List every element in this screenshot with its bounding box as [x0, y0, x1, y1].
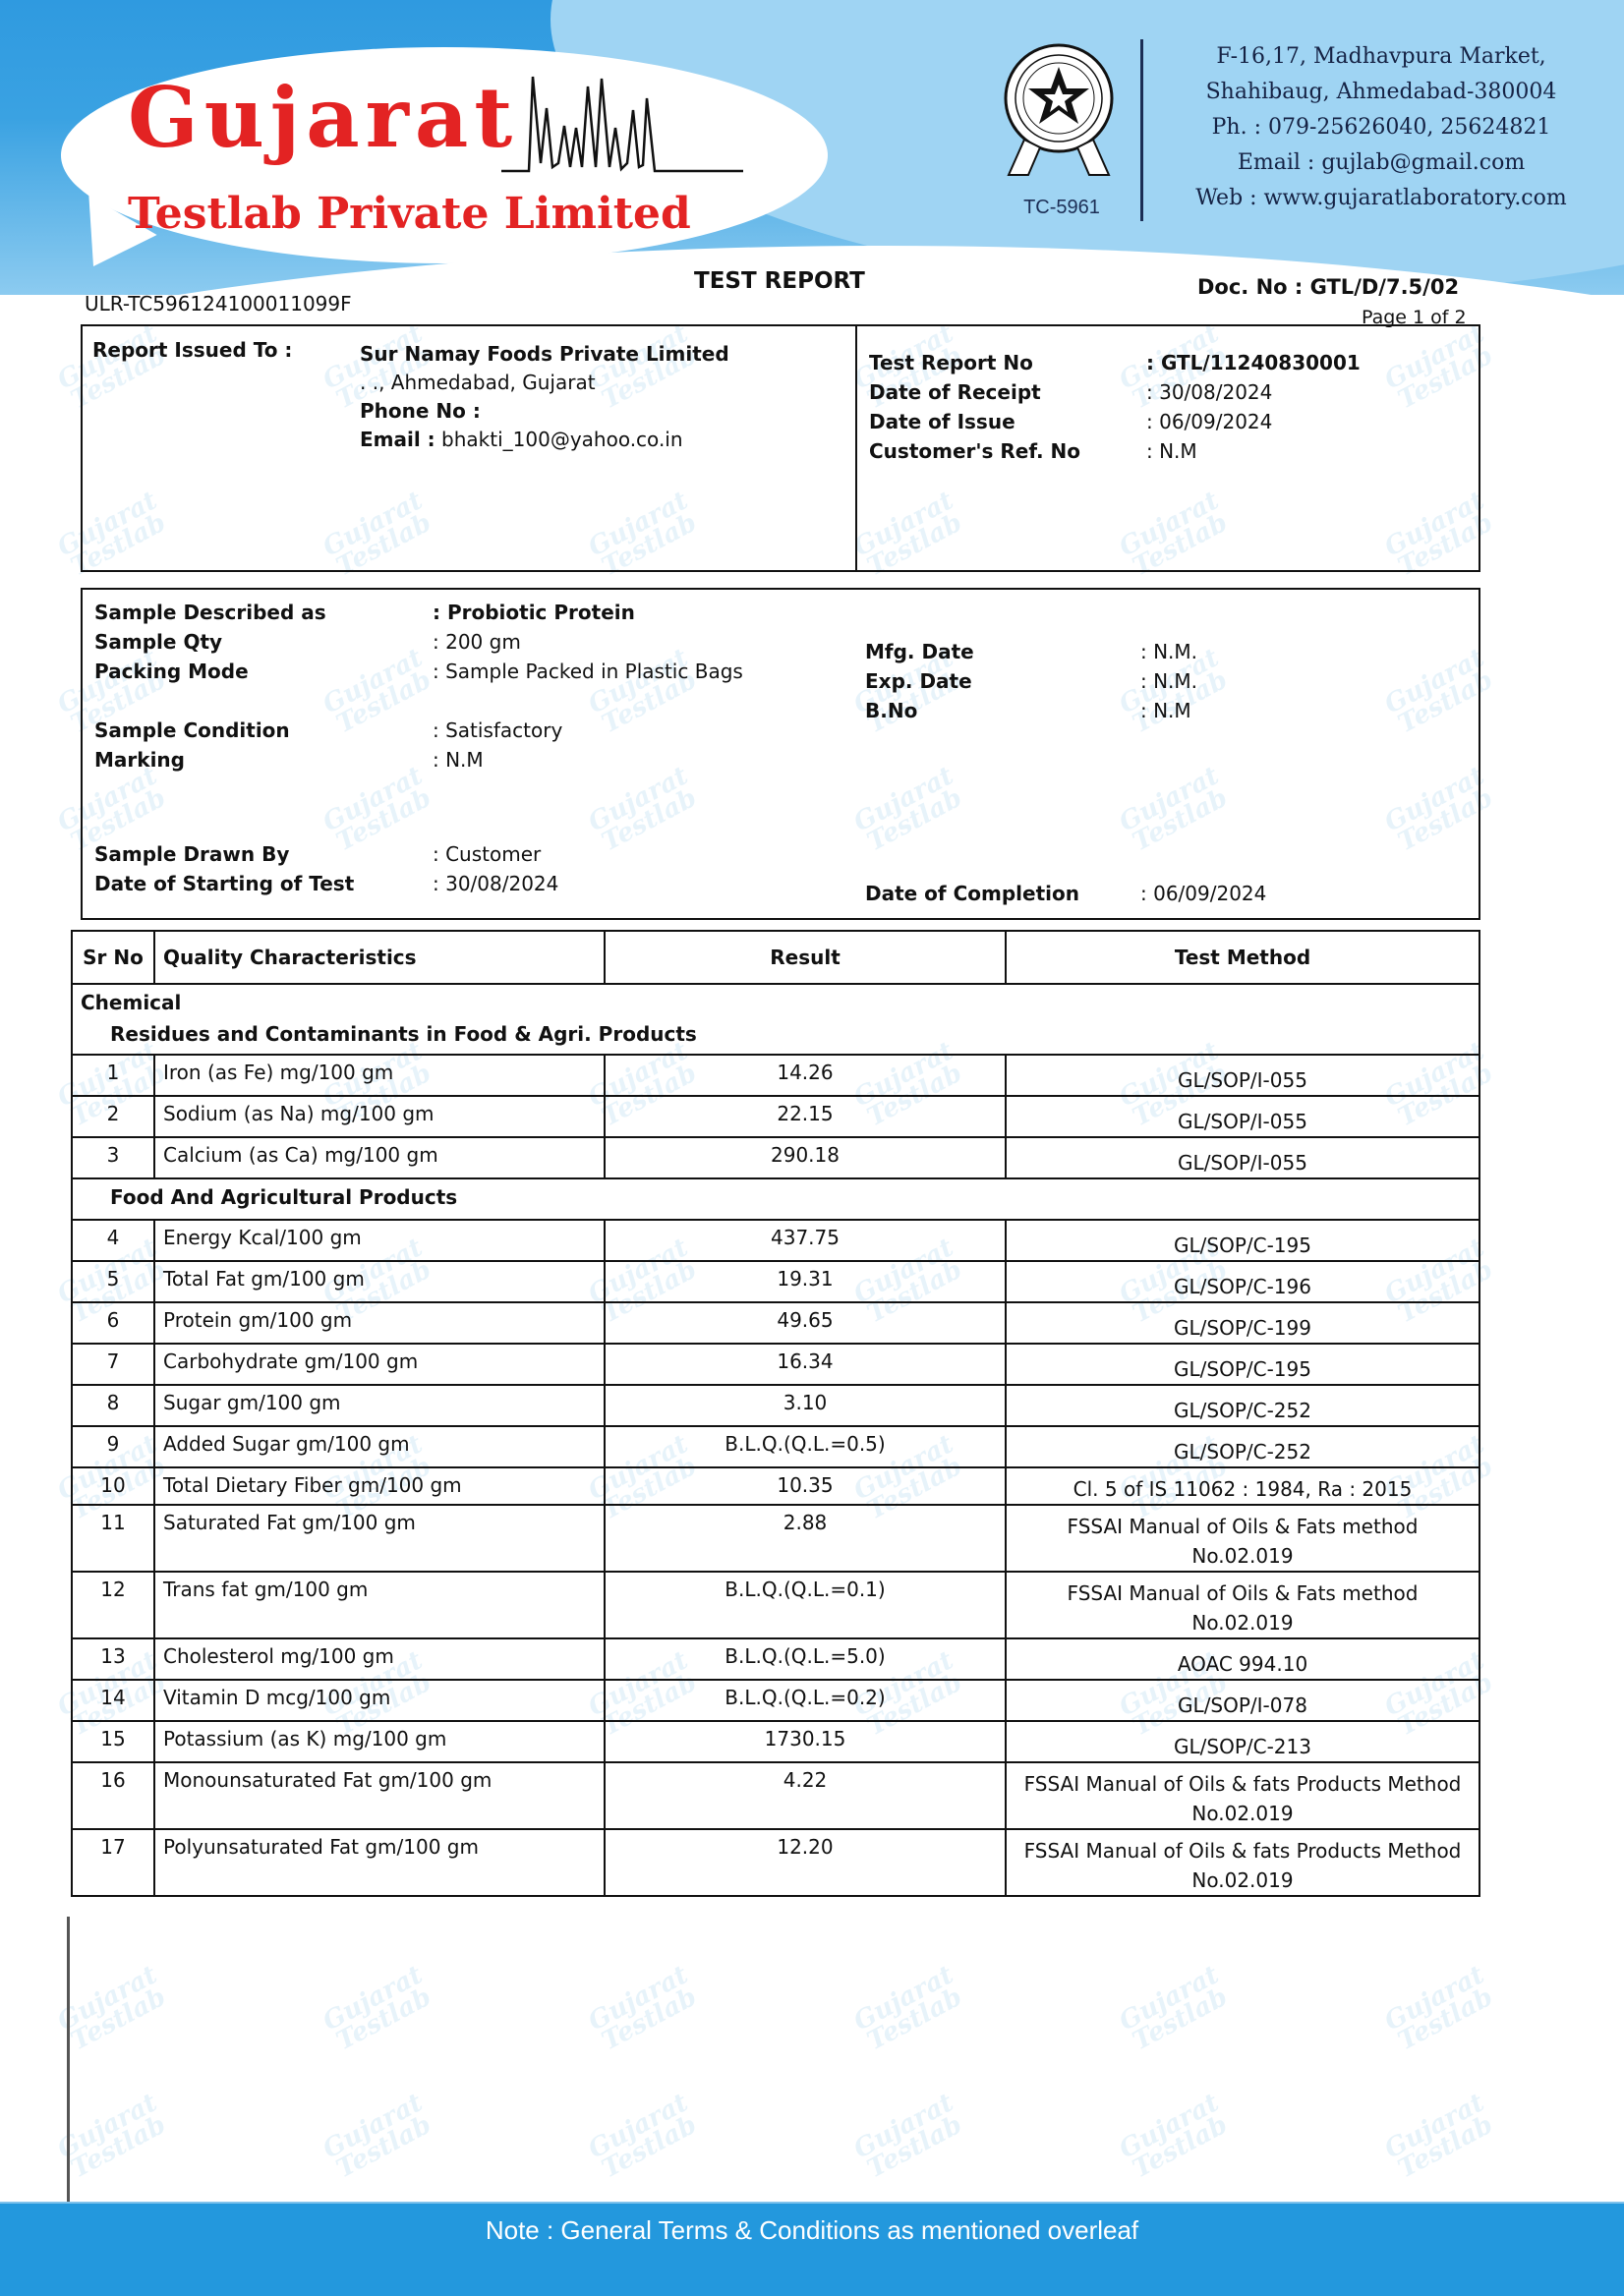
customer-phone-label: Phone No :	[360, 399, 481, 423]
issued-to-details: Sur Namay Foods Private Limited . ., Ahm…	[360, 340, 729, 454]
watermark: GujaratTestlab	[850, 1963, 968, 2055]
sample-described-label: Sample Described as	[94, 598, 433, 627]
sr-no-cell: 7	[72, 1344, 154, 1385]
exp-date-label: Exp. Date	[865, 666, 1140, 696]
watermark-line2: Testlab	[1127, 1983, 1233, 2055]
sr-no-cell: 11	[72, 1505, 154, 1572]
sample-condition-value: : Satisfactory	[433, 716, 743, 745]
sr-no-cell: 10	[72, 1467, 154, 1505]
watermark-line1: Gujarat	[1116, 2091, 1222, 2162]
watermark-line2: Testlab	[861, 2111, 967, 2183]
report-info-label: Date of Receipt	[869, 377, 1146, 407]
table-row: 14Vitamin D mcg/100 gmB.L.Q.(Q.L.=0.2)GL…	[72, 1680, 1479, 1721]
watermark-line2: Testlab	[1392, 1983, 1498, 2055]
lab-contact-block: F-16,17, Madhavpura Market, Shahibaug, A…	[1165, 39, 1597, 216]
watermark-line1: Gujarat	[54, 2091, 160, 2162]
watermark-line1: Gujarat	[1381, 2091, 1487, 2162]
customer-address: . ., Ahmedabad, Gujarat	[360, 369, 729, 397]
start-date-value: : 30/08/2024	[433, 869, 558, 898]
result-cell: 1730.15	[605, 1721, 1006, 1762]
box-divider	[855, 326, 857, 570]
sample-qty-value: : 200 gm	[433, 627, 743, 657]
header-quality-characteristics: Quality Characteristics	[154, 931, 605, 984]
report-info-value: : N.M	[1146, 436, 1361, 466]
watermark: GujaratTestlab	[54, 1963, 172, 2055]
table-row: 12Trans fat gm/100 gmB.L.Q.(Q.L.=0.1)FSS…	[72, 1572, 1479, 1638]
parameter-cell: Sodium (as Na) mg/100 gm	[154, 1096, 605, 1137]
section-row: Chemical	[72, 984, 1479, 1018]
test-method-cell: GL/SOP/I-055	[1006, 1055, 1479, 1096]
result-cell: 12.20	[605, 1829, 1006, 1896]
report-info-grid: Test Report No: GTL/11240830001Date of R…	[869, 348, 1361, 466]
report-info-value: : 06/09/2024	[1146, 407, 1361, 436]
watermark-line1: Gujarat	[1381, 1963, 1487, 2035]
parameter-cell: Sugar gm/100 gm	[154, 1385, 605, 1426]
parameter-cell: Monounsaturated Fat gm/100 gm	[154, 1762, 605, 1829]
watermark: GujaratTestlab	[1381, 2091, 1499, 2183]
start-date-label: Date of Starting of Test	[94, 869, 433, 898]
ulr-number: ULR-TC596124100011099F	[85, 292, 352, 316]
customer-phone: Phone No :	[360, 397, 729, 426]
nabl-accreditation-seal-icon	[995, 41, 1123, 179]
report-info-label: Customer's Ref. No	[869, 436, 1146, 466]
result-cell: 22.15	[605, 1096, 1006, 1137]
result-cell: 16.34	[605, 1344, 1006, 1385]
mfg-date-label: Mfg. Date	[865, 637, 1140, 666]
section-chemical: Chemical	[72, 984, 1479, 1018]
customer-email-value[interactable]: bhakti_100@yahoo.co.in	[441, 428, 683, 451]
lab-phone: Ph. : 079-25626040, 25624821	[1165, 110, 1597, 145]
watermark-line2: Testlab	[861, 1983, 967, 2055]
sample-drawn-label: Sample Drawn By	[94, 839, 433, 869]
lab-address-line2: Shahibaug, Ahmedabad-380004	[1165, 75, 1597, 110]
doc-number: Doc. No : GTL/D/7.5/02	[1197, 275, 1459, 299]
sr-no-cell: 14	[72, 1680, 154, 1721]
sr-no-cell: 16	[72, 1762, 154, 1829]
spacer	[94, 686, 433, 716]
test-method-cell: GL/SOP/I-055	[1006, 1137, 1479, 1178]
result-cell: 437.75	[605, 1220, 1006, 1261]
sr-no-cell: 5	[72, 1261, 154, 1302]
watermark: GujaratTestlab	[1116, 2091, 1234, 2183]
result-cell: 14.26	[605, 1055, 1006, 1096]
table-row: 5Total Fat gm/100 gm19.31GL/SOP/C-196	[72, 1261, 1479, 1302]
report-info-value: : GTL/11240830001	[1146, 348, 1361, 377]
lab-email[interactable]: Email : gujlab@gmail.com	[1165, 145, 1597, 181]
test-method-cell: FSSAI Manual of Oils & Fats method No.02…	[1006, 1505, 1479, 1572]
watermark: GujaratTestlab	[850, 2091, 968, 2183]
watermark-line2: Testlab	[1392, 2111, 1498, 2183]
parameter-cell: Carbohydrate gm/100 gm	[154, 1344, 605, 1385]
packing-mode-value: : Sample Packed in Plastic Bags	[433, 657, 743, 686]
result-cell: 49.65	[605, 1302, 1006, 1344]
watermark-line2: Testlab	[330, 2111, 436, 2183]
results-table: Sr No Quality Characteristics Result Tes…	[71, 930, 1480, 1897]
watermark-line2: Testlab	[1127, 2111, 1233, 2183]
watermark-line1: Gujarat	[319, 1963, 426, 2035]
table-header-row: Sr No Quality Characteristics Result Tes…	[72, 931, 1479, 984]
table-row: 7Carbohydrate gm/100 gm16.34GL/SOP/C-195	[72, 1344, 1479, 1385]
header-sr-no: Sr No	[72, 931, 154, 984]
parameter-cell: Cholesterol mg/100 gm	[154, 1638, 605, 1680]
parameter-cell: Potassium (as K) mg/100 gm	[154, 1721, 605, 1762]
watermark: GujaratTestlab	[1116, 1963, 1234, 2055]
sr-no-cell: 9	[72, 1426, 154, 1467]
sr-no-cell: 12	[72, 1572, 154, 1638]
watermark-line1: Gujarat	[54, 1963, 160, 2035]
report-info-value: : 30/08/2024	[1146, 377, 1361, 407]
table-row: 9Added Sugar gm/100 gmB.L.Q.(Q.L.=0.5)GL…	[72, 1426, 1479, 1467]
sr-no-cell: 13	[72, 1638, 154, 1680]
test-method-cell: GL/SOP/I-078	[1006, 1680, 1479, 1721]
result-cell: 4.22	[605, 1762, 1006, 1829]
accreditation-number: TC-5961	[1003, 197, 1121, 219]
watermark-line1: Gujarat	[850, 2091, 957, 2162]
test-method-cell: FSSAI Manual of Oils & fats Products Met…	[1006, 1762, 1479, 1829]
document-title: TEST REPORT	[694, 268, 865, 294]
sr-no-cell: 1	[72, 1055, 154, 1096]
parameter-cell: Protein gm/100 gm	[154, 1302, 605, 1344]
watermark-line1: Gujarat	[319, 2091, 426, 2162]
result-cell: 19.31	[605, 1261, 1006, 1302]
sr-no-cell: 4	[72, 1220, 154, 1261]
result-cell: B.L.Q.(Q.L.=5.0)	[605, 1638, 1006, 1680]
table-row: 3Calcium (as Ca) mg/100 gm290.18GL/SOP/I…	[72, 1137, 1479, 1178]
watermark-line2: Testlab	[330, 1983, 436, 2055]
page-edge-line	[67, 1917, 70, 2202]
watermark: GujaratTestlab	[319, 1963, 437, 2055]
report-issued-box: Report Issued To : Sur Namay Foods Priva…	[81, 324, 1480, 572]
table-row: 15Potassium (as K) mg/100 gm1730.15GL/SO…	[72, 1721, 1479, 1762]
sample-details-left: Sample Described as : Probiotic Protein …	[94, 598, 743, 775]
sample-drawn-value: : Customer	[433, 839, 558, 869]
sr-no-cell: 6	[72, 1302, 154, 1344]
lab-address-line1: F-16,17, Madhavpura Market,	[1165, 39, 1597, 75]
parameter-cell: Polyunsaturated Fat gm/100 gm	[154, 1829, 605, 1896]
sr-no-cell: 17	[72, 1829, 154, 1896]
watermark: GujaratTestlab	[54, 2091, 172, 2183]
watermark: GujaratTestlab	[585, 2091, 703, 2183]
customer-company: Sur Namay Foods Private Limited	[360, 340, 729, 369]
completion-date-value: : 06/09/2024	[1140, 879, 1266, 908]
batch-no-value: : N.M	[1140, 696, 1197, 725]
sample-details-box: Sample Described as : Probiotic Protein …	[81, 588, 1480, 920]
table-row: 1Iron (as Fe) mg/100 gm14.26GL/SOP/I-055	[72, 1055, 1479, 1096]
spectrum-waveform-icon	[501, 69, 747, 177]
test-method-cell: FSSAI Manual of Oils & fats Products Met…	[1006, 1829, 1479, 1896]
parameter-cell: Energy Kcal/100 gm	[154, 1220, 605, 1261]
parameter-cell: Iron (as Fe) mg/100 gm	[154, 1055, 605, 1096]
sample-details-right: Mfg. Date : N.M. Exp. Date : N.M. B.No :…	[865, 637, 1197, 725]
result-cell: B.L.Q.(Q.L.=0.2)	[605, 1680, 1006, 1721]
packing-mode-label: Packing Mode	[94, 657, 433, 686]
marking-label: Marking	[94, 745, 433, 775]
sr-no-cell: 3	[72, 1137, 154, 1178]
table-row: 13Cholesterol mg/100 gmB.L.Q.(Q.L.=5.0)A…	[72, 1638, 1479, 1680]
table-row: 4Energy Kcal/100 gm437.75GL/SOP/C-195	[72, 1220, 1479, 1261]
brand-name: Gujarat	[128, 69, 518, 166]
brand-subtitle: Testlab Private Limited	[128, 189, 691, 239]
test-method-cell: GL/SOP/C-196	[1006, 1261, 1479, 1302]
issued-to-label: Report Issued To :	[92, 338, 292, 362]
sample-qty-label: Sample Qty	[94, 627, 433, 657]
watermark-line2: Testlab	[65, 2111, 171, 2183]
table-row: 2Sodium (as Na) mg/100 gm22.15GL/SOP/I-0…	[72, 1096, 1479, 1137]
sample-test-dates-left: Sample Drawn By : Customer Date of Start…	[94, 839, 558, 898]
watermark-line2: Testlab	[596, 1983, 702, 2055]
parameter-cell: Calcium (as Ca) mg/100 gm	[154, 1137, 605, 1178]
section-row: Food And Agricultural Products	[72, 1178, 1479, 1220]
header-result: Result	[605, 931, 1006, 984]
parameter-cell: Vitamin D mcg/100 gm	[154, 1680, 605, 1721]
spacer	[433, 686, 743, 716]
watermark-line1: Gujarat	[585, 1963, 691, 2035]
marking-value: : N.M	[433, 745, 743, 775]
test-method-cell: Cl. 5 of IS 11062 : 1984, Ra : 2015	[1006, 1467, 1479, 1505]
section-food-agri: Food And Agricultural Products	[72, 1178, 1479, 1220]
watermark: GujaratTestlab	[585, 1963, 703, 2055]
subsection-row: Residues and Contaminants in Food & Agri…	[72, 1018, 1479, 1055]
lab-website[interactable]: Web : www.gujaratlaboratory.com	[1165, 181, 1597, 216]
sr-no-cell: 2	[72, 1096, 154, 1137]
watermark-line1: Gujarat	[850, 1963, 957, 2035]
completion-date-label: Date of Completion	[865, 879, 1140, 908]
test-method-cell: GL/SOP/C-195	[1006, 1220, 1479, 1261]
test-method-cell: GL/SOP/C-213	[1006, 1721, 1479, 1762]
test-method-cell: AOAC 994.10	[1006, 1638, 1479, 1680]
sample-test-dates-right: Date of Completion : 06/09/2024	[865, 879, 1266, 908]
table-row: 16Monounsaturated Fat gm/100 gm4.22FSSAI…	[72, 1762, 1479, 1829]
sample-described-value: : Probiotic Protein	[433, 598, 743, 627]
results-body: Chemical Residues and Contaminants in Fo…	[72, 984, 1479, 1896]
test-method-cell: FSSAI Manual of Oils & Fats method No.02…	[1006, 1572, 1479, 1638]
result-cell: B.L.Q.(Q.L.=0.5)	[605, 1426, 1006, 1467]
parameter-cell: Saturated Fat gm/100 gm	[154, 1505, 605, 1572]
sr-no-cell: 8	[72, 1385, 154, 1426]
table-row: 11Saturated Fat gm/100 gm2.88FSSAI Manua…	[72, 1505, 1479, 1572]
table-row: 8Sugar gm/100 gm3.10GL/SOP/C-252	[72, 1385, 1479, 1426]
report-info-label: Date of Issue	[869, 407, 1146, 436]
header-test-method: Test Method	[1006, 931, 1479, 984]
sr-no-cell: 15	[72, 1721, 154, 1762]
customer-email: Email : bhakti_100@yahoo.co.in	[360, 426, 729, 454]
test-method-cell: GL/SOP/C-252	[1006, 1426, 1479, 1467]
exp-date-value: : N.M.	[1140, 666, 1197, 696]
test-method-cell: GL/SOP/I-055	[1006, 1096, 1479, 1137]
result-cell: 3.10	[605, 1385, 1006, 1426]
watermark-line1: Gujarat	[585, 2091, 691, 2162]
mfg-date-value: : N.M.	[1140, 637, 1197, 666]
watermark-line2: Testlab	[596, 2111, 702, 2183]
watermark: GujaratTestlab	[319, 2091, 437, 2183]
footer-note: Note : General Terms & Conditions as men…	[0, 2215, 1624, 2246]
test-method-cell: GL/SOP/C-199	[1006, 1302, 1479, 1344]
parameter-cell: Total Dietary Fiber gm/100 gm	[154, 1467, 605, 1505]
watermark-line2: Testlab	[65, 1983, 171, 2055]
sample-condition-label: Sample Condition	[94, 716, 433, 745]
parameter-cell: Trans fat gm/100 gm	[154, 1572, 605, 1638]
test-method-cell: GL/SOP/C-252	[1006, 1385, 1479, 1426]
customer-email-label: Email :	[360, 428, 435, 451]
parameter-cell: Total Fat gm/100 gm	[154, 1261, 605, 1302]
subsection-residues: Residues and Contaminants in Food & Agri…	[72, 1018, 1479, 1055]
result-cell: B.L.Q.(Q.L.=0.1)	[605, 1572, 1006, 1638]
header-divider	[1140, 39, 1143, 221]
test-method-cell: GL/SOP/C-195	[1006, 1344, 1479, 1385]
result-cell: 2.88	[605, 1505, 1006, 1572]
watermark: GujaratTestlab	[1381, 1963, 1499, 2055]
report-info-label: Test Report No	[869, 348, 1146, 377]
table-row: 17Polyunsaturated Fat gm/100 gm12.20FSSA…	[72, 1829, 1479, 1896]
batch-no-label: B.No	[865, 696, 1140, 725]
watermark-line1: Gujarat	[1116, 1963, 1222, 2035]
result-cell: 290.18	[605, 1137, 1006, 1178]
parameter-cell: Added Sugar gm/100 gm	[154, 1426, 605, 1467]
table-row: 6Protein gm/100 gm49.65GL/SOP/C-199	[72, 1302, 1479, 1344]
result-cell: 10.35	[605, 1467, 1006, 1505]
table-row: 10Total Dietary Fiber gm/100 gm10.35Cl. …	[72, 1467, 1479, 1505]
